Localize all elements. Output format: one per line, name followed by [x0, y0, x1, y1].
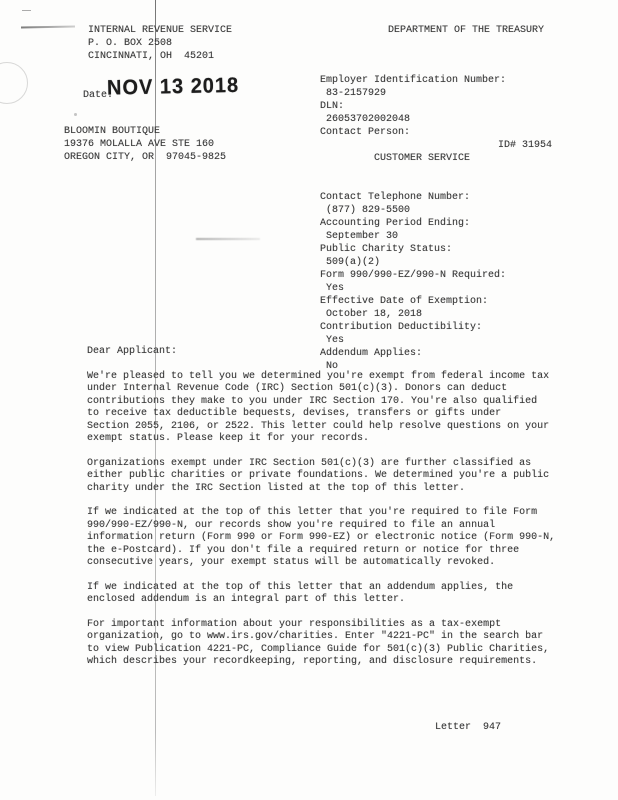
detail-row: Public Charity Status: 509(a)(2) — [320, 243, 590, 269]
detail-value: 83-2157929 — [320, 87, 590, 100]
detail-label: Public Charity Status: — [320, 243, 590, 256]
recipient-line: OREGON CITY, OR 97045-9825 — [64, 151, 226, 164]
detail-row: Contribution Deductibility: Yes — [320, 321, 590, 347]
letter-body: Dear Applicant: We're pleased to tell yo… — [87, 346, 577, 681]
detail-label: Employer Identification Number: — [320, 74, 590, 87]
letter-number: Letter 947 — [435, 721, 501, 734]
detail-value: September 30 — [320, 230, 590, 243]
detail-row: Contact Person: CUSTOMER SERVICE ID# 319… — [320, 126, 590, 191]
detail-label: Contribution Deductibility: — [320, 321, 590, 334]
detail-label: Accounting Period Ending: — [320, 217, 590, 230]
detail-label: DLN: — [320, 100, 590, 113]
date-stamp: NOV 13 2018 — [107, 74, 240, 101]
contact-id: ID# 31954 — [498, 139, 552, 152]
detail-row: Form 990/990-EZ/990-N Required: Yes — [320, 269, 590, 295]
scan-artifact — [22, 10, 31, 11]
detail-row: DLN: 26053702002048 — [320, 100, 590, 126]
scan-artifact — [21, 26, 75, 29]
detail-value: 26053702002048 — [320, 113, 590, 126]
detail-row: Effective Date of Exemption: October 18,… — [320, 295, 590, 321]
sender-line: INTERNAL REVENUE SERVICE — [88, 24, 232, 37]
recipient-line: 19376 MOLALLA AVE STE 160 — [64, 138, 226, 151]
recipient-address: BLOOMIN BOUTIQUE 19376 MOLALLA AVE STE 1… — [64, 125, 226, 165]
letter-paragraph: We're pleased to tell you we determined … — [87, 371, 577, 446]
department-title: DEPARTMENT OF THE TREASURY — [388, 24, 544, 37]
detail-label: Form 990/990-EZ/990-N Required: — [320, 269, 590, 282]
letter-paragraph: If we indicated at the top of this lette… — [87, 582, 577, 607]
detail-row: Employer Identification Number: 83-21579… — [320, 74, 590, 100]
detail-value: CUSTOMER SERVICE ID# 31954 — [320, 139, 590, 191]
letter-paragraph: Organizations exempt under IRC Section 5… — [87, 458, 577, 496]
salutation: Dear Applicant: — [87, 346, 577, 359]
scan-artifact — [196, 238, 260, 240]
sender-line: CINCINNATI, OH 45201 — [88, 50, 232, 63]
detail-label: Effective Date of Exemption: — [320, 295, 590, 308]
detail-value: (877) 829-5500 — [320, 204, 590, 217]
scan-artifact — [0, 62, 28, 104]
detail-column: Employer Identification Number: 83-21579… — [320, 74, 590, 373]
detail-row: Accounting Period Ending: September 30 — [320, 217, 590, 243]
sender-line: P. O. BOX 2508 — [88, 37, 232, 50]
recipient-line: BLOOMIN BOUTIQUE — [64, 125, 226, 138]
letter-paragraph: For important information about your res… — [87, 619, 577, 669]
detail-value: October 18, 2018 — [320, 308, 590, 321]
scan-artifact — [74, 113, 77, 116]
irs-letter-page: INTERNAL REVENUE SERVICE P. O. BOX 2508 … — [0, 0, 618, 800]
detail-label: Contact Person: — [320, 126, 590, 139]
letter-paragraph: If we indicated at the top of this lette… — [87, 507, 577, 570]
detail-row: Contact Telephone Number: (877) 829-5500 — [320, 191, 590, 217]
detail-value: 509(a)(2) — [320, 256, 590, 269]
detail-value: Yes — [320, 282, 590, 295]
detail-label: Contact Telephone Number: — [320, 191, 590, 204]
contact-person-value: CUSTOMER SERVICE — [374, 153, 470, 164]
sender-address: INTERNAL REVENUE SERVICE P. O. BOX 2508 … — [88, 24, 232, 64]
